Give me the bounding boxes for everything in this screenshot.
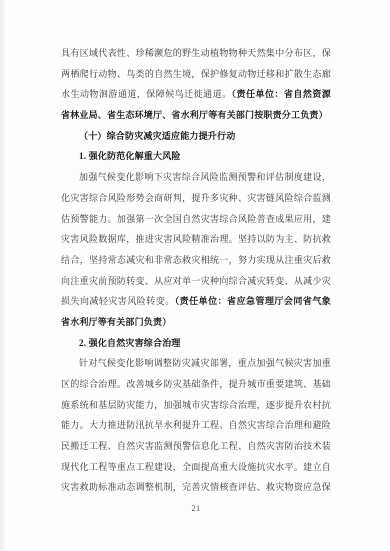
text-line: 现代化工程等重点工程建设，全面提高重大设施抗灾水平。建立自然 <box>61 457 331 478</box>
responsibility-emphasis-text: 1. 强化防范化解重大风险 <box>79 151 181 161</box>
body-text: 估预警能力。加强第一次全国自然灾害综合风险普查成果应用，建立 <box>61 214 331 230</box>
body-text: 水生动物洄游通道，保障候鸟迁徙通道。 <box>61 89 232 99</box>
text-line: 水生动物洄游通道，保障候鸟迁徙通道。（责任单位：省自然资源厅、 <box>61 84 331 105</box>
body-text: 化灾害综合风险形势会商研判，提升多灾种、灾害链风险综合监测评 <box>61 193 331 209</box>
body-text: 针对气候变化影响调整防灾减灾部署，重点加强气候灾害加重地 <box>61 358 331 374</box>
text-line: 灾害救助标准动态调整机制，完善灾情核查评估、救灾物资应急保障 <box>61 477 331 498</box>
text-line: 能力。大力推进防汛抗旱水利提升工程、自然灾害综合治理和避险移 <box>61 415 331 436</box>
text-line: 施系统和基层防灾能力，加强城市灾害综合治理，逐步提升农村抗灾 <box>61 395 331 416</box>
text-line: 灾害风险数据库，推进灾害风险精准治理。坚持以防为主、防抗救相 <box>61 229 331 250</box>
text-line: 损失向减轻灾害风险转变。（责任单位：省应急管理厅会同省气象局、 <box>61 291 331 312</box>
body-text: 灾害风险数据库，推进灾害风险精准治理。坚持以防为主、防抗救相 <box>61 234 331 250</box>
text-line: 估预警能力。加强第一次全国自然灾害综合风险普查成果应用，建立 <box>61 209 331 230</box>
text-line: 结合，坚持常态减灾和非常态救灾相统一，努力实现从注重灾后救助 <box>61 250 331 271</box>
body-text: 加强气候变化影响下灾害综合风险监测预警和评估制度建设，强 <box>61 172 331 188</box>
text-line: 具有区域代表性、珍稀濒危的野生动植物物种天然集中分布区，保护 <box>61 43 331 64</box>
heading-line: 2. 强化自然灾害综合治理 <box>61 333 331 354</box>
text-line: 民搬迁工程、自然灾害监测预警信息化工程、自然灾害防治技术装备 <box>61 436 331 457</box>
text-line: 省水利厅等有关部门负责） <box>61 312 331 333</box>
body-text: 灾害救助标准动态调整机制，完善灾情核查评估、救灾物资应急保障 <box>61 482 331 498</box>
body-text: 能力。大力推进防汛抗旱水利提升工程、自然灾害综合治理和避险移 <box>61 420 331 436</box>
text-line: 化灾害综合风险形势会商研判，提升多灾种、灾害链风险综合监测评 <box>61 188 331 209</box>
body-text: 施系统和基层防灾能力，加强城市灾害综合治理，逐步提升农村抗灾 <box>61 400 331 416</box>
body-text: 结合，坚持常态减灾和非常态救灾相统一，努力实现从注重灾后救助 <box>61 255 331 271</box>
body-text: 具有区域代表性、珍稀濒危的野生动植物物种天然集中分布区，保护 <box>61 48 331 64</box>
body-text: 民搬迁工程、自然灾害监测预警信息化工程、自然灾害防治技术装备 <box>61 441 331 457</box>
body-text: 损失向减轻灾害风险转变。 <box>61 296 175 306</box>
responsibility-emphasis-text: 省水利厅等有关部门负责） <box>61 317 171 327</box>
responsibility-emphasis-text: 2. 强化自然灾害综合治理 <box>79 338 181 348</box>
text-line: 省林业局、省生态环境厅、省水利厅等有关部门按职责分工负责） <box>61 105 331 126</box>
responsibility-emphasis-text: （十）综合防灾减灾适应能力提升行动 <box>79 131 235 141</box>
body-text: 区的综合治理。改善城乡防灾基础条件，提升城市重要建筑、基础设 <box>61 379 331 395</box>
document-text-block: 具有区域代表性、珍稀濒危的野生动植物物种天然集中分布区，保护两栖爬行动物、鸟类的… <box>61 43 331 498</box>
body-text: 向注重灾前预防转变、从应对单一灾种向综合减灾转变、从减少灾害 <box>61 276 331 292</box>
page-number: 21 <box>61 504 331 513</box>
body-text: 现代化工程等重点工程建设，全面提高重大设施抗灾水平。建立自然 <box>61 462 331 478</box>
text-line: 向注重灾前预防转变、从应对单一灾种向综合减灾转变、从减少灾害 <box>61 271 331 292</box>
responsibility-emphasis-text: 省林业局、省生态环境厅、省水利厅等有关部门按职责分工负责） <box>61 110 328 120</box>
text-line: 加强气候变化影响下灾害综合风险监测预警和评估制度建设，强 <box>61 167 331 188</box>
heading-line: （十）综合防灾减灾适应能力提升行动 <box>61 126 331 147</box>
document-page: 具有区域代表性、珍稀濒危的野生动植物物种天然集中分布区，保护两栖爬行动物、鸟类的… <box>0 0 390 551</box>
heading-line: 1. 强化防范化解重大风险 <box>61 146 331 167</box>
body-text: 两栖爬行动物、鸟类的自然生境，保护修复动物迁移和扩散生态廊道、 <box>61 69 331 85</box>
text-line: 两栖爬行动物、鸟类的自然生境，保护修复动物迁移和扩散生态廊道、 <box>61 64 331 85</box>
text-line: 区的综合治理。改善城乡防灾基础条件，提升城市重要建筑、基础设 <box>61 374 331 395</box>
text-line: 针对气候变化影响调整防灾减灾部署，重点加强气候灾害加重地 <box>61 353 331 374</box>
